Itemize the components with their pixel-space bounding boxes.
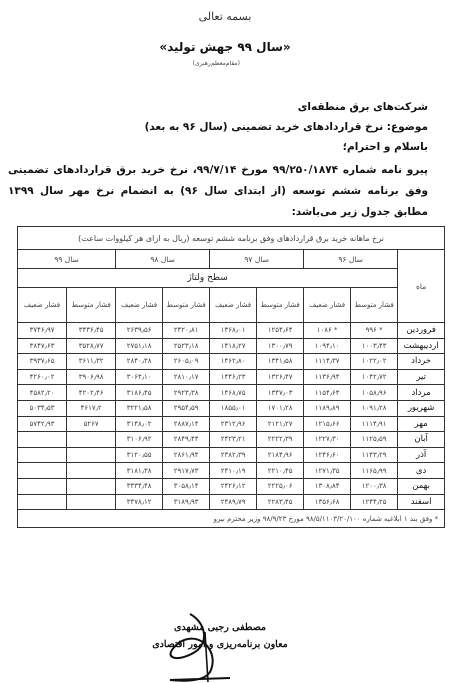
month-cell: خرداد	[398, 354, 445, 370]
rate-cell	[67, 447, 116, 463]
rate-cell: ۲۲۱۰٫۴۵	[257, 463, 304, 479]
rate-cell: ۱۱۳۶٫۹۴	[304, 369, 351, 385]
rate-cell: ۱۱۲۵٫۵۹	[351, 432, 398, 448]
rate-cell: ۱۴۶۲٫۸۰	[210, 354, 257, 370]
table-row: تیر۱۰۴۲٫۷۲۱۱۳۶٫۹۴۱۳۲۶٫۴۷۱۴۴۶٫۲۳۲۸۱۰٫۱۷۳۰…	[18, 369, 445, 385]
rate-cell: ۴۲۶۰٫۰۲	[18, 369, 67, 385]
rate-cell	[18, 447, 67, 463]
rate-cell: ۲۴۲۰٫۸۱	[163, 323, 210, 339]
rate-cell: * ۹۹۶	[351, 323, 398, 339]
rate-cell: ۱۰۹۱٫۲۸	[351, 400, 398, 416]
rate-cell: ۱۴۴۶٫۲۳	[210, 369, 257, 385]
rate-cell: ۱۲۷۱٫۳۵	[304, 463, 351, 479]
table-footnote: * وفق بند ۱ ابلاغیه شماره ۹۸/۵/۱۱۰۳/۲۰/۱…	[18, 510, 445, 528]
rate-cell: ۱۱۴۳٫۲۹	[351, 447, 398, 463]
month-column-header: ماه	[398, 250, 445, 323]
table-row: آذر۱۱۴۳٫۲۹۱۲۴۶٫۶۰۲۱۸۴٫۹۶۲۳۸۲٫۳۹۲۸۶۱٫۹۴۳۱…	[18, 447, 445, 463]
year-slogan: «سال ۹۹ جهش تولید»	[0, 40, 450, 54]
rate-cell: ۱۲۱۵٫۶۶	[304, 416, 351, 432]
rate-cell: ۱۱۱۴٫۹۱	[351, 416, 398, 432]
rate-cell: ۲۹۱۷٫۷۳	[163, 463, 210, 479]
rate-cell: ۲۵۲۳٫۱۸	[163, 338, 210, 354]
rate-cell	[67, 432, 116, 448]
letter-page: بسمه تعالی «سال ۹۹ جهش تولید» (مقام‌معظم…	[0, 0, 450, 683]
rate-cell: ۳۰۵۸٫۱۴	[163, 478, 210, 494]
rate-cell: ۴۲۰۲٫۴۶	[67, 385, 116, 401]
letter-subject: موضوع: نرخ قراردادهای خرید تضمینی (سال ۹…	[145, 121, 428, 133]
rate-cell	[67, 463, 116, 479]
month-cell: اردیبهشت	[398, 338, 445, 354]
rate-cell: ۳۳۳۴٫۴۸	[116, 478, 163, 494]
table-row: شهریور۱۰۹۱٫۲۸۱۱۸۹٫۸۹۱۷۰۱٫۲۸۱۸۵۵٫۰۱۲۹۵۴٫۵…	[18, 400, 445, 416]
month-cell: دی	[398, 463, 445, 479]
tariff-table-body: فروردین* ۹۹۶* ۱۰۸۶۱۲۵۴٫۶۴۱۳۶۸٫۰۱۲۴۲۰٫۸۱۲…	[18, 323, 445, 510]
table-row: مهر۱۱۱۴٫۹۱۱۲۱۵٫۶۶۲۱۲۱٫۲۷۲۳۱۲٫۹۶۲۸۸۷٫۱۴۳۱…	[18, 416, 445, 432]
letter-recipient: شرکت‌های برق منطقه‌ای	[298, 101, 428, 113]
rate-cell: ۴۶۱۷٫۲	[67, 400, 116, 416]
month-cell: شهریور	[398, 400, 445, 416]
rate-cell: ۲۶۰۵٫۰۹	[163, 354, 210, 370]
low-pressure-header: فشار ضعیف	[210, 288, 257, 323]
rate-cell: ۱۸۵۵٫۰۱	[210, 400, 257, 416]
table-row: فروردین* ۹۹۶* ۱۰۸۶۱۲۵۴٫۶۴۱۳۶۸٫۰۱۲۴۲۰٫۸۱۲…	[18, 323, 445, 339]
rate-cell: ۲۷۵۱٫۱۸	[116, 338, 163, 354]
tariff-table: نرخ ماهانه خرید برق قراردادهای وفق برنام…	[17, 226, 445, 528]
rate-cell: ۲۹۵۴٫۵۹	[163, 400, 210, 416]
rate-cell: ۱۲۲۷٫۳۰	[304, 432, 351, 448]
month-cell: فروردین	[398, 323, 445, 339]
rate-cell: ۳۷۴۶٫۹۷	[18, 323, 67, 339]
month-cell: آذر	[398, 447, 445, 463]
rate-cell: ۲۲۲۵٫۰۶	[257, 478, 304, 494]
table-row: اسفند۱۲۴۴٫۲۵۱۳۵۶٫۶۸۲۲۸۳٫۴۵۲۴۸۹٫۷۹۳۱۸۹٫۹۳…	[18, 494, 445, 510]
rate-cell: ۲۱۸۴٫۹۶	[257, 447, 304, 463]
rate-cell: ۵۰۳۴٫۵۳	[18, 400, 67, 416]
rate-cell: ۴۵۸۲٫۲۰	[18, 385, 67, 401]
month-cell: تیر	[398, 369, 445, 385]
medium-pressure-header: فشار متوسط	[257, 288, 304, 323]
low-pressure-header: فشار ضعیف	[18, 288, 67, 323]
year-header-97: سال ۹۷	[210, 250, 304, 269]
rate-cell: ۱۲۵۴٫۶۴	[257, 323, 304, 339]
letter-body: پیرو نامه شماره ۹۹/۲۵۰/۱۸۷۴ مورخ ۹۹/۷/۱۴…	[8, 160, 428, 223]
table-row: بهمن۱۲۰۰٫۳۸۱۳۰۸٫۸۴۲۲۲۵٫۰۶۲۴۲۶٫۱۲۳۰۵۸٫۱۴۳…	[18, 478, 445, 494]
month-cell: آبان	[398, 432, 445, 448]
rate-cell: ۵۷۴۲٫۹۳	[18, 416, 67, 432]
medium-pressure-header: فشار متوسط	[351, 288, 398, 323]
rate-cell: ۲۴۲۳٫۲۱	[210, 432, 257, 448]
rate-cell: ۱۰۲۲٫۰۲	[351, 354, 398, 370]
rate-cell: ۱۱۸۹٫۸۹	[304, 400, 351, 416]
rate-cell: * ۱۰۸۶	[304, 323, 351, 339]
rate-cell: ۲۹۲۳٫۳۸	[163, 385, 210, 401]
rate-cell: ۲۳۸۲٫۳۹	[210, 447, 257, 463]
year-header-96: سال ۹۶	[304, 250, 398, 269]
rate-cell: ۱۳۲۶٫۴۷	[257, 369, 304, 385]
year-header-99: سال ۹۹	[18, 250, 116, 269]
rate-cell: ۱۴۱۸٫۲۷	[210, 338, 257, 354]
rate-cell: ۲۲۸۳٫۴۵	[257, 494, 304, 510]
rate-cell: ۱۱۵۴٫۶۴	[304, 385, 351, 401]
low-pressure-header: فشار ضعیف	[304, 288, 351, 323]
rate-cell: ۳۱۸۹٫۹۳	[163, 494, 210, 510]
rate-cell: ۲۴۲۶٫۱۲	[210, 478, 257, 494]
rate-cell: ۱۲۰۰٫۳۸	[351, 478, 398, 494]
rate-cell: ۱۴۶۸٫۷۵	[210, 385, 257, 401]
rate-cell: ۳۱۲۰٫۵۵	[116, 447, 163, 463]
rate-cell: ۲۸۶۱٫۹۴	[163, 447, 210, 463]
rate-cell: ۱۷۰۱٫۲۸	[257, 400, 304, 416]
rate-cell: ۲۸۴۹٫۴۴	[163, 432, 210, 448]
rate-cell: ۱۲۴۴٫۲۵	[351, 494, 398, 510]
bismillah-heading: بسمه تعالی	[0, 10, 450, 23]
rate-cell: ۱۰۰۳٫۴۳	[351, 338, 398, 354]
rate-cell: ۲۸۴۰٫۴۸	[116, 354, 163, 370]
rate-cell: ۱۱۱۴٫۳۷	[304, 354, 351, 370]
medium-pressure-header: فشار متوسط	[67, 288, 116, 323]
rate-cell: ۳۱۰۶٫۹۲	[116, 432, 163, 448]
table-row: مرداد۱۰۵۸٫۹۶۱۱۵۴٫۶۴۱۳۴۷٫۰۳۱۴۶۸٫۷۵۲۹۲۳٫۳۸…	[18, 385, 445, 401]
rate-cell: ۳۹۳۷٫۶۵	[18, 354, 67, 370]
month-cell: مرداد	[398, 385, 445, 401]
rate-cell: ۱۰۹۴٫۱۰	[304, 338, 351, 354]
rate-cell: ۱۰۵۸٫۹۶	[351, 385, 398, 401]
rate-cell: ۱۰۴۲٫۷۲	[351, 369, 398, 385]
table-row: اردیبهشت۱۰۰۳٫۴۳۱۰۹۴٫۱۰۱۳۰۰٫۷۹۱۴۱۸٫۲۷۲۵۲۳…	[18, 338, 445, 354]
rate-cell: ۳۶۱۱٫۳۲	[67, 354, 116, 370]
rate-cell: ۲۴۸۹٫۷۹	[210, 494, 257, 510]
rate-cell	[18, 463, 67, 479]
rate-cell: ۳۱۸۱٫۳۸	[116, 463, 163, 479]
rate-cell	[67, 494, 116, 510]
pressure-subheader-row: فشار متوسطفشار ضعیففشار متوسطفشار ضعیففش…	[18, 288, 445, 323]
rate-cell: ۳۵۲۸٫۷۷	[67, 338, 116, 354]
signatory-title: معاون برنامه‌ریزی و امور اقتصادی	[152, 639, 288, 650]
letter-greeting: باسلام و احترام؛	[343, 141, 428, 153]
rate-cell: ۲۸۸۷٫۱۴	[163, 416, 210, 432]
signatory-name: مصطفی رجبی مشهدی	[120, 622, 320, 633]
rate-cell: ۲۴۱۰٫۱۹	[210, 463, 257, 479]
low-pressure-header: فشار ضعیف	[116, 288, 163, 323]
rate-cell: ۲۶۳۹٫۵۶	[116, 323, 163, 339]
rate-cell: ۳۸۴۷٫۶۳	[18, 338, 67, 354]
rate-cell: ۳۹۰۶٫۹۸	[67, 369, 116, 385]
rate-cell: ۵۲۶۷	[67, 416, 116, 432]
rate-cell: ۱۱۶۵٫۹۹	[351, 463, 398, 479]
rate-cell: ۲۱۲۱٫۲۷	[257, 416, 304, 432]
rate-cell: ۳۱۴۸٫۰۲	[116, 416, 163, 432]
month-cell: مهر	[398, 416, 445, 432]
rate-cell	[18, 478, 67, 494]
rate-cell: ۳۲۲۱٫۵۸	[116, 400, 163, 416]
signature-block: مصطفی رجبی مشهدی معاون برنامه‌ریزی و امو…	[120, 622, 320, 650]
rate-cell: ۲۸۱۰٫۱۷	[163, 369, 210, 385]
rate-cell: ۱۲۴۶٫۶۰	[304, 447, 351, 463]
table-row: خرداد۱۰۲۲٫۰۲۱۱۱۴٫۳۷۱۳۴۱٫۵۸۱۴۶۲٫۸۰۲۶۰۵٫۰۹…	[18, 354, 445, 370]
rate-cell	[67, 478, 116, 494]
rate-cell: ۱۳۵۶٫۶۸	[304, 494, 351, 510]
table-title: نرخ ماهانه خرید برق قراردادهای وفق برنام…	[18, 227, 445, 250]
rate-cell: ۳۰۶۴٫۱۰	[116, 369, 163, 385]
slogan-source: (مقام‌معظم‌رهبری)	[193, 60, 240, 67]
rate-cell: ۲۲۲۲٫۳۹	[257, 432, 304, 448]
month-cell: بهمن	[398, 478, 445, 494]
table-row: دی۱۱۶۵٫۹۹۱۲۷۱٫۳۵۲۲۱۰٫۴۵۲۴۱۰٫۱۹۲۹۱۷٫۷۳۳۱۸…	[18, 463, 445, 479]
medium-pressure-header: فشار متوسط	[163, 288, 210, 323]
rate-cell: ۱۳۰۸٫۸۴	[304, 478, 351, 494]
rate-cell: ۱۳۴۷٫۰۳	[257, 385, 304, 401]
year-header-98: سال ۹۸	[116, 250, 210, 269]
rate-cell	[18, 494, 67, 510]
table-row: آبان۱۱۲۵٫۵۹۱۲۲۷٫۳۰۲۲۲۲٫۳۹۲۴۲۳٫۲۱۲۸۴۹٫۴۴۳…	[18, 432, 445, 448]
rate-cell	[18, 432, 67, 448]
rate-cell: ۳۴۷۸٫۱۲	[116, 494, 163, 510]
rate-cell: ۲۳۱۲٫۹۶	[210, 416, 257, 432]
rate-cell: ۳۱۸۶٫۴۵	[116, 385, 163, 401]
voltage-level-header: سطح ولتاژ	[18, 269, 398, 288]
rate-cell: ۱۳۰۰٫۷۹	[257, 338, 304, 354]
rate-cell: ۱۳۴۱٫۵۸	[257, 354, 304, 370]
rate-cell: ۳۴۳۶٫۴۵	[67, 323, 116, 339]
rate-cell: ۱۳۶۸٫۰۱	[210, 323, 257, 339]
month-cell: اسفند	[398, 494, 445, 510]
